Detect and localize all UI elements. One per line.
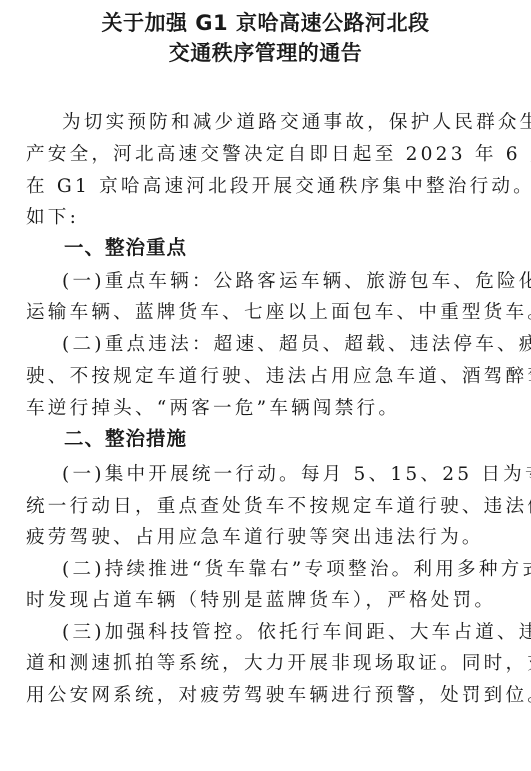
paragraph-line: 道和测速抓拍等系统，大力开展非现场取证。同时，充分利 <box>26 652 506 676</box>
paragraph-line: 疲劳驾驶、占用应急车道行驶等突出违法行为。 <box>26 526 506 550</box>
paragraph-line: 产安全，河北高速交警决定自即日起至 2023 年 6 月 25 日， <box>26 143 506 167</box>
paragraph-line: (二)重点违法：超速、超员、超载、违法停车、疲劳驾 <box>62 333 506 357</box>
section-heading-1: 一、整治重点 <box>64 236 187 260</box>
paragraph-line: (二)持续推进“货车靠右”专项整治。利用多种方式及 <box>62 558 506 582</box>
paragraph-line: 如下: <box>26 206 506 230</box>
paragraph-line: 统一行动日，重点查处货车不按规定车道行驶、违法停车、 <box>26 495 506 519</box>
paragraph-line: (一)重点车辆：公路客运车辆、旅游包车、危险化学品 <box>62 270 506 294</box>
paragraph-line: 运输车辆、蓝牌货车、七座以上面包车、中重型货车。 <box>26 301 506 325</box>
document-title-line-2: 交通秩序管理的通告 <box>0 40 531 66</box>
paragraph-line: 时发现占道车辆（特别是蓝牌货车），严格处罚。 <box>26 589 506 613</box>
paragraph-line: 在 G1 京哈高速河北段开展交通秩序集中整治行动。现通告 <box>26 175 506 199</box>
paragraph-line: 用公安网系统，对疲劳驾驶车辆进行预警，处罚到位。 <box>26 684 506 708</box>
paragraph-line: (一)集中开展统一行动。每月 5、15、25 日为专项整治 <box>62 463 506 487</box>
paragraph-line: (三)加强科技管控。依托行车间距、大车占道、违法变 <box>62 621 506 645</box>
document-title-line-1: 关于加强 G1 京哈高速公路河北段 <box>0 10 531 36</box>
paragraph-line: 车逆行掉头、“两客一危”车辆闯禁行。 <box>26 397 506 421</box>
paragraph-line: 驶、不按规定车道行驶、违法占用应急车道、酒驾醉驾、倒 <box>26 365 506 389</box>
paragraph-line: 为切实预防和减少道路交通事故，保护人民群众生命财 <box>62 111 506 135</box>
section-heading-2: 二、整治措施 <box>64 427 187 451</box>
